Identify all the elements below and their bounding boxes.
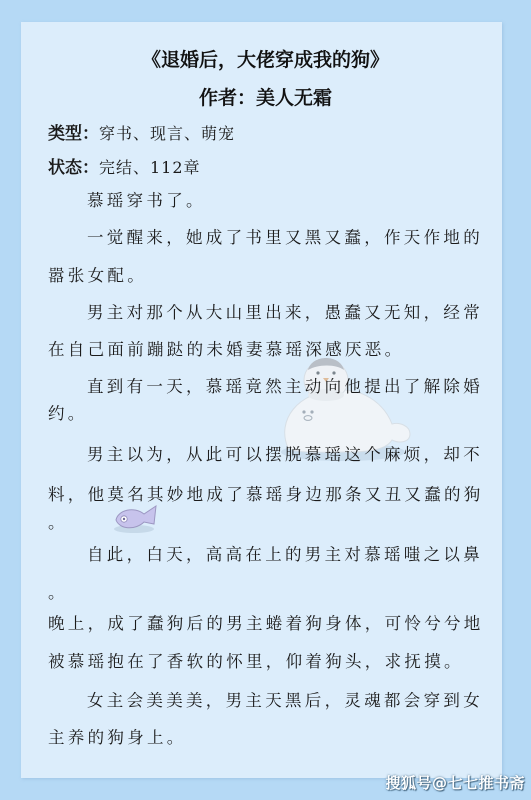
synopsis-line: 女主会美美美，男主天黑后，灵魂都会穿到女	[87, 687, 483, 715]
synopsis-line: 直到有一天，慕瑶竟然主动向他提出了解除婚	[87, 373, 483, 401]
synopsis-line: 晚上，成了蠢狗后的男主蜷着狗身体，可怜兮兮地	[48, 610, 484, 638]
genre-label: 类型：	[48, 124, 99, 144]
synopsis-line: 慕瑶穿书了。	[87, 187, 206, 215]
synopsis-line: 。	[48, 509, 68, 537]
status-row: 状态：完结、112章	[48, 154, 201, 182]
genre-row: 类型：穿书、现言、萌宠	[48, 120, 235, 148]
genre-value: 穿书、现言、萌宠	[99, 124, 235, 143]
synopsis-line: 约。	[48, 400, 88, 428]
synopsis-line: 主养的狗身上。	[48, 724, 187, 752]
status-label: 状态：	[48, 158, 99, 178]
synopsis-line: 男主对那个从大山里出来，愚蠢又无知，经常	[87, 299, 483, 327]
source-watermark: 搜狐号@七七推书斋	[385, 772, 525, 793]
status-value: 完结、112章	[99, 158, 201, 177]
book-title: 《退婚后，大佬穿成我的狗》	[0, 45, 531, 75]
synopsis-line: 嚣张女配。	[48, 262, 147, 290]
synopsis-line: 。	[48, 579, 68, 607]
synopsis-line: 被慕瑶抱在了香软的怀里，仰着狗头，求抚摸。	[48, 648, 464, 676]
synopsis-line: 男主以为，从此可以摆脱慕瑶这个麻烦，却不	[87, 441, 483, 469]
synopsis-line: 自此，白天，高高在上的男主对慕瑶嗤之以鼻	[87, 541, 483, 569]
synopsis-line: 料，他莫名其妙地成了慕瑶身边那条又丑又蠢的狗	[48, 481, 484, 509]
synopsis-line: 一觉醒来，她成了书里又黑又蠢，作天作地的	[87, 224, 483, 252]
synopsis-line: 在自己面前蹦跶的未婚妻慕瑶深感厌恶。	[48, 336, 404, 364]
book-author: 作者：美人无霜	[0, 83, 531, 113]
